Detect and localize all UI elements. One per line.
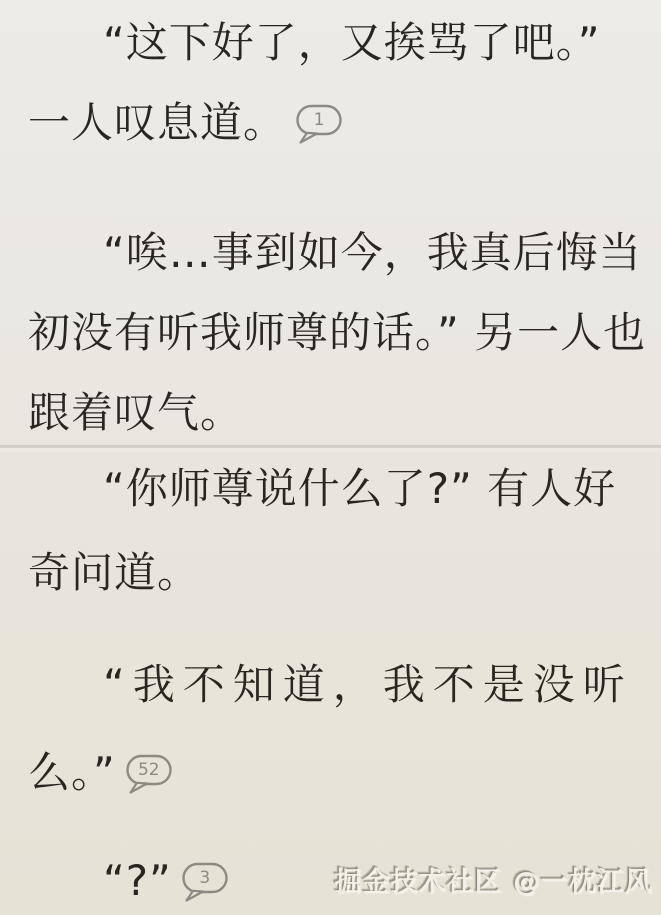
watermark: 掘金技术社区 @一枕江风 — [335, 860, 653, 899]
reading-line: 初没有听我师尊的话。” 另一人也 — [28, 310, 646, 356]
paragraph-text: “你师尊说什么了?” 有人好 — [103, 464, 616, 513]
reader-page: “这下好了，又挨骂了吧。” 一人叹息道。 1 “唉…事到如今，我真后悔当 初没有… — [0, 0, 661, 915]
reading-line: “我不知道，我不是没听 — [103, 662, 633, 708]
paragraph-text: “这下好了，又挨骂了吧。” — [103, 18, 601, 67]
paragraph-text: 一人叹息道。 — [28, 98, 286, 147]
paragraph-comment-bubble[interactable]: 3 — [182, 862, 228, 902]
reading-line: “这下好了，又挨骂了吧。” — [103, 20, 601, 66]
paragraph-text: 跟着叹气。 — [28, 388, 243, 437]
comment-count: 52 — [126, 757, 172, 784]
paragraph-comment-bubble[interactable]: 1 — [296, 104, 342, 144]
reading-line: 一人叹息道。 1 — [28, 100, 342, 146]
comment-count: 3 — [182, 865, 228, 892]
reading-line: “唉…事到如今，我真后悔当 — [103, 230, 642, 276]
reading-line: “?” 3 — [103, 858, 228, 904]
paragraph-text: 奇问道。 — [28, 548, 200, 597]
reading-line: 奇问道。 — [28, 550, 200, 596]
paragraph-text: “我不知道，我不是没听 — [103, 660, 633, 709]
paragraph-comment-bubble[interactable]: 52 — [126, 754, 172, 794]
paragraph-text: 初没有听我师尊的话。” 另一人也 — [28, 308, 646, 357]
reading-line: “你师尊说什么了?” 有人好 — [103, 466, 616, 512]
paragraph-text: “?” — [103, 856, 172, 905]
comment-count: 1 — [296, 107, 342, 134]
reading-line: 跟着叹气。 — [28, 390, 243, 436]
paragraph-text: “唉…事到如今，我真后悔当 — [103, 228, 642, 277]
paragraph-text: 么。” — [28, 748, 116, 797]
screenshot-seam — [0, 445, 661, 448]
reading-line: 么。” 52 — [28, 750, 172, 796]
